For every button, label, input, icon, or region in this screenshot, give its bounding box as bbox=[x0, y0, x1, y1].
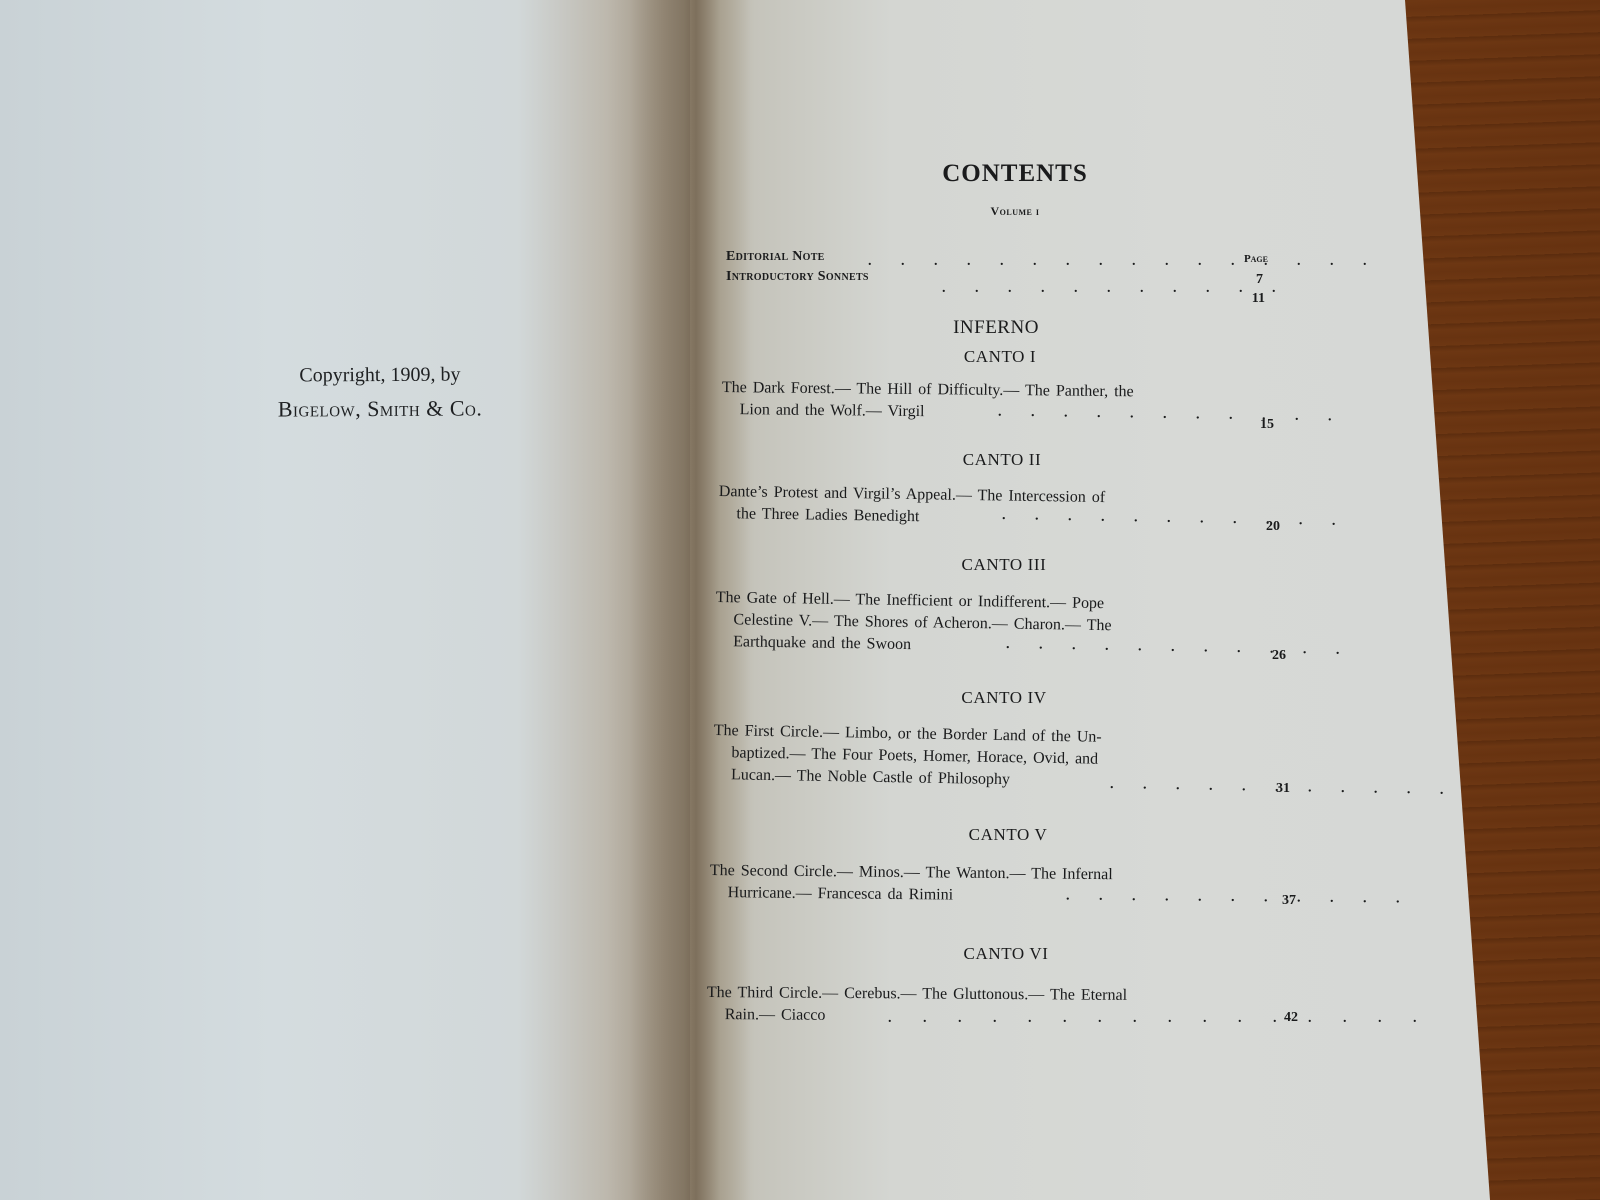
canto-heading: CANTO III bbox=[884, 555, 1124, 575]
copyright-line: Copyright, 1909, by bbox=[200, 357, 560, 393]
table-of-contents: CONTENTS Volume i Page Editorial Note . … bbox=[690, 0, 1500, 1200]
page-number: 42 bbox=[1258, 1010, 1298, 1026]
canto-heading: CANTO I bbox=[880, 347, 1120, 367]
page-number: 20 bbox=[1240, 519, 1280, 535]
leader-dots: . . . . . . . . . . . . . . . . bbox=[868, 254, 1380, 270]
contents-title: CONTENTS bbox=[915, 160, 1115, 188]
page-number: 11 bbox=[1225, 291, 1265, 307]
toc-entry-introductory-sonnets[interactable]: Introductory Sonnets bbox=[726, 269, 869, 285]
toc-entry-editorial-note[interactable]: Editorial Note bbox=[726, 249, 825, 265]
page-number: 26 bbox=[1246, 648, 1286, 664]
leader-dots: . . . . . . . . . . . bbox=[1066, 888, 1413, 907]
copyright-notice: Copyright, 1909, by Bigelow, Smith & Co. bbox=[200, 357, 560, 427]
section-heading-inferno: INFERNO bbox=[876, 317, 1116, 339]
toc-entry-canto-5[interactable]: The Second Circle.— Minos.— The Wanton.—… bbox=[710, 860, 1113, 908]
entry-title: Editorial Note bbox=[726, 249, 825, 264]
toc-entry-canto-4[interactable]: The First Circle.— Limbo, or the Border … bbox=[713, 720, 1102, 793]
entry-title: Introductory Sonnets bbox=[726, 269, 869, 284]
canto-heading: CANTO V bbox=[888, 825, 1128, 845]
left-page: Copyright, 1909, by Bigelow, Smith & Co. bbox=[0, 0, 690, 1200]
volume-label: Volume i bbox=[940, 204, 1090, 219]
publisher-name: Bigelow, Smith & Co. bbox=[200, 391, 560, 427]
leader-dots: . . . . . . . . . . . . . . . . bbox=[888, 1011, 1431, 1027]
page-number: 37 bbox=[1256, 893, 1296, 909]
canto-heading: CANTO VI bbox=[886, 944, 1126, 964]
page-number: 15 bbox=[1234, 417, 1274, 433]
canto-heading: CANTO II bbox=[882, 450, 1122, 470]
page-number: 31 bbox=[1250, 781, 1290, 797]
canto-heading: CANTO IV bbox=[884, 688, 1124, 708]
